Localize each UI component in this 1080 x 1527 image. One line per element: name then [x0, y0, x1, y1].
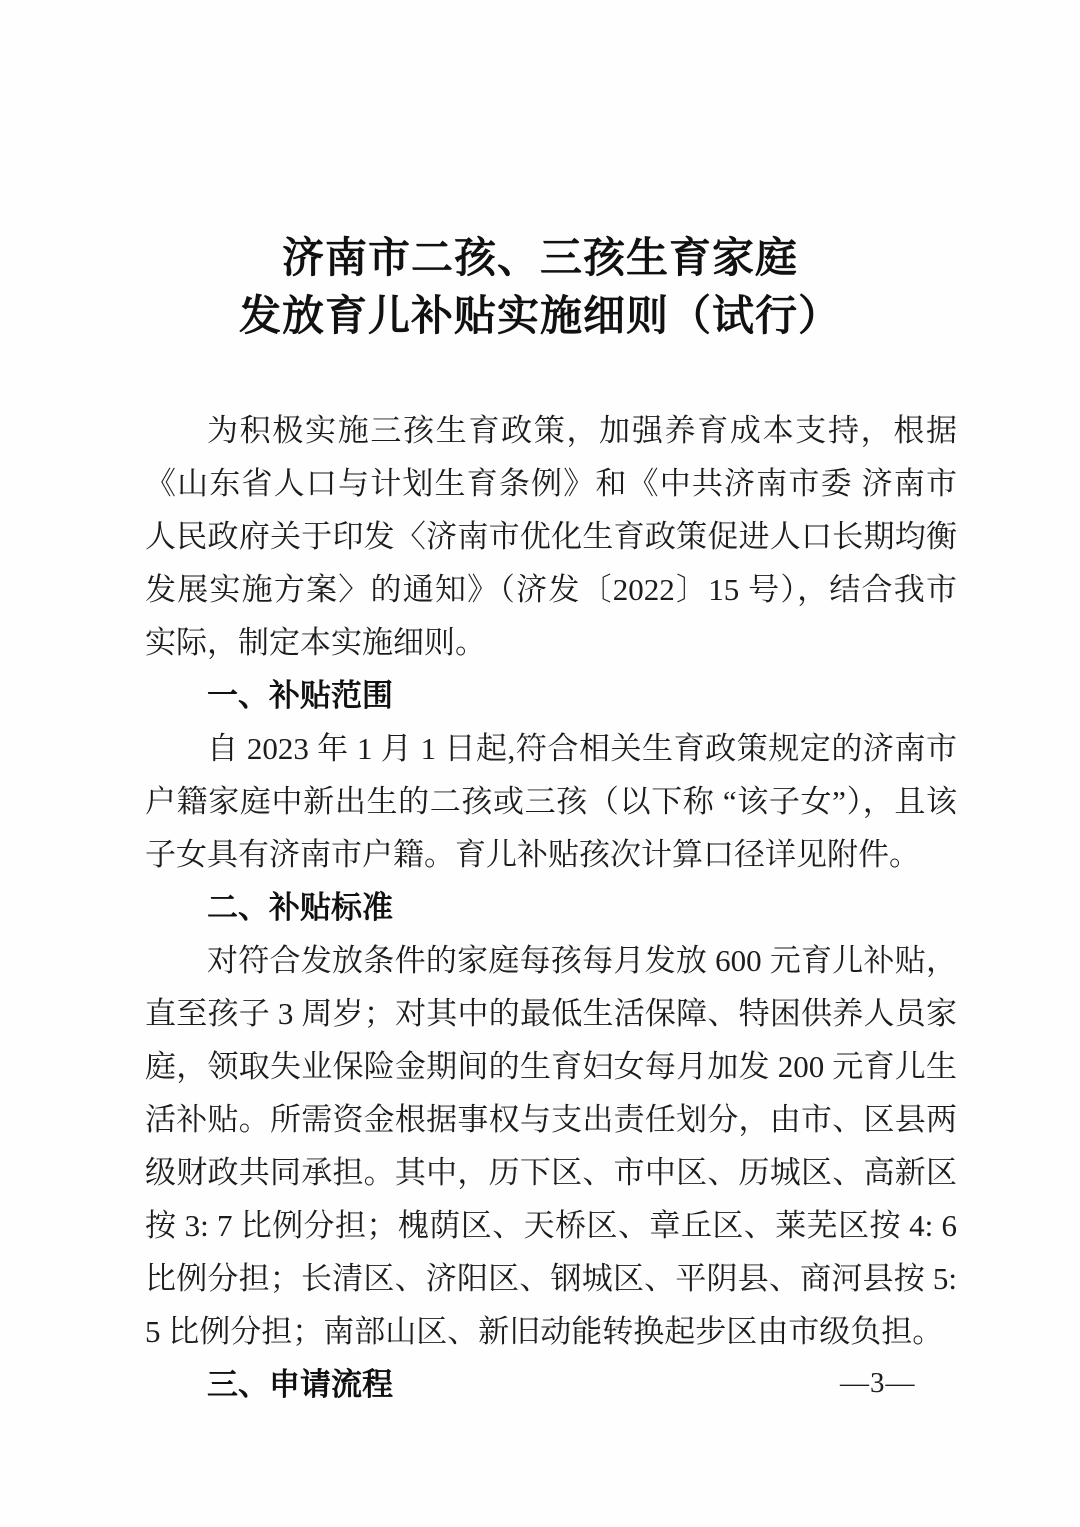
section-1-paragraph: 自 2023 年 1 月 1 日起,符合相关生育政策规定的济南市户籍家庭中新出生… — [145, 722, 957, 881]
section-1-heading: 一、补贴范围 — [145, 669, 957, 722]
document-page: 济南市二孩、三孩生育家庭 发放育儿补贴实施细则（试行） 为积极实施三孩生育政策，… — [0, 0, 1080, 1527]
document-title-line-2: 发放育儿补贴实施细则（试行） — [239, 294, 841, 340]
document-title: 济南市二孩、三孩生育家庭 发放育儿补贴实施细则（试行） — [0, 230, 1080, 346]
section-2-heading: 二、补贴标准 — [145, 881, 957, 934]
document-body: 为积极实施三孩生育政策，加强养育成本支持，根据《山东省人口与计划生育条例》和《中… — [145, 404, 957, 1411]
section-3-heading: 三、申请流程 — [145, 1358, 957, 1411]
page-number: —3— — [840, 1366, 916, 1400]
intro-paragraph: 为积极实施三孩生育政策，加强养育成本支持，根据《山东省人口与计划生育条例》和《中… — [145, 404, 957, 669]
document-title-line-1: 济南市二孩、三孩生育家庭 — [282, 236, 798, 282]
section-2-paragraph: 对符合发放条件的家庭每孩每月发放 600 元育儿补贴，直至孩子 3 周岁；对其中… — [145, 934, 957, 1358]
